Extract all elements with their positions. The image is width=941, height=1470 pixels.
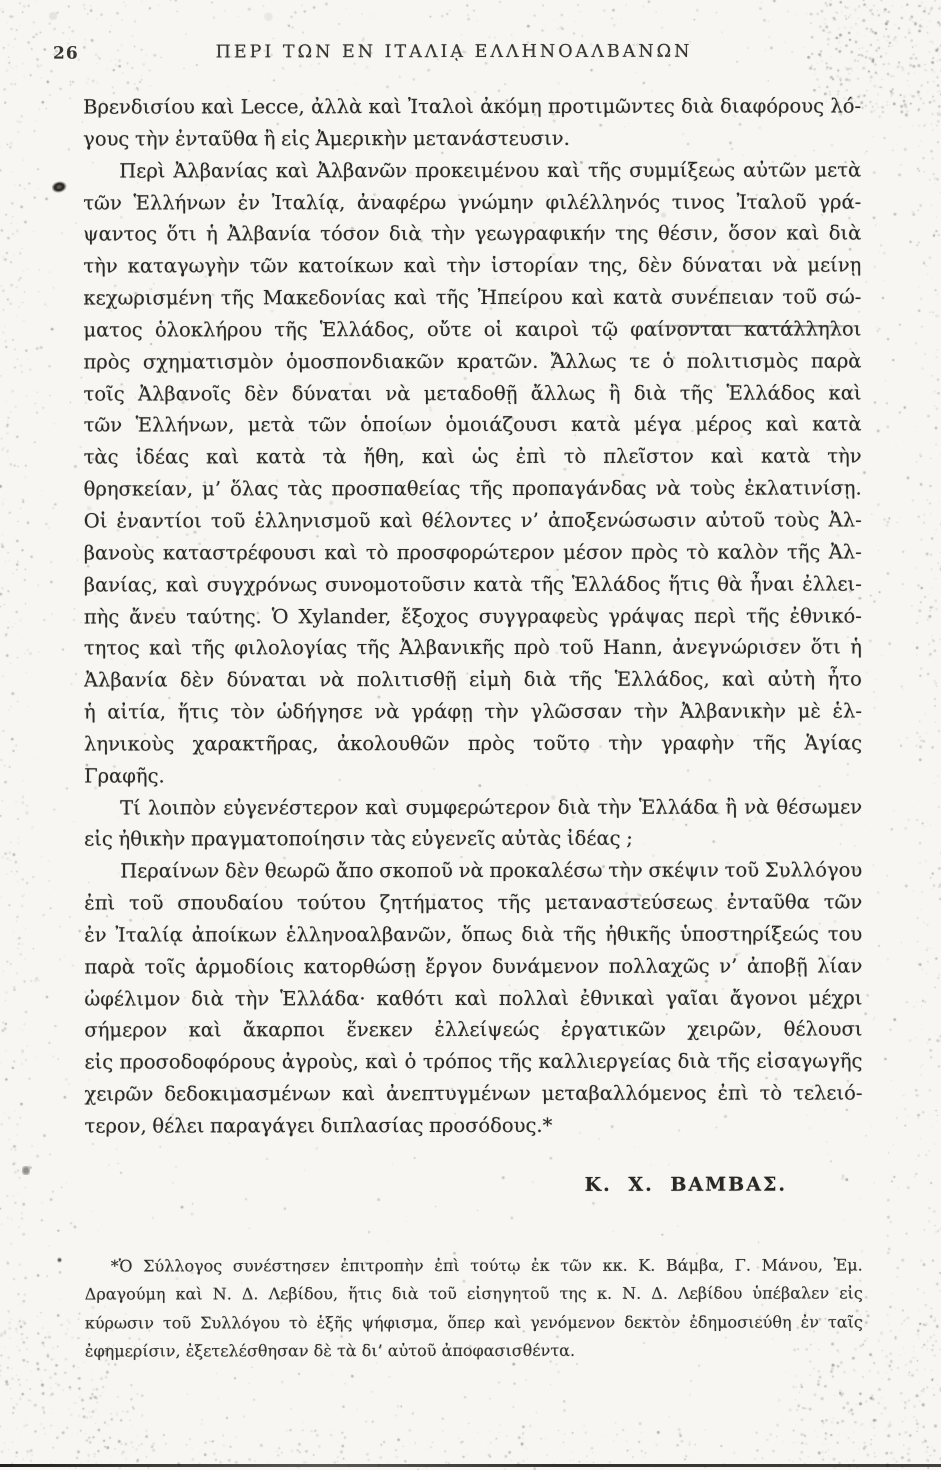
page-header: 26 ΠΕΡΙ ΤΩΝ ΕΝ ΙΤΑΛΙᾼ ΕΛΛΗΝΟΑΛΒΑΝΩΝ xyxy=(83,41,861,66)
footnote-line: *Ὁ Σύλλογος συνέστησεν ἐπιτροπὴν ἐπὶ τού… xyxy=(85,1251,863,1280)
dot-artifact xyxy=(57,1257,62,1263)
footnote-block: *Ὁ Σύλλογος συνέστησεν ἐπιτροπὴν ἐπὶ τού… xyxy=(85,1251,863,1366)
author-signature: Κ. Χ. ΒΑΜΒΑΣ. xyxy=(585,1174,787,1196)
body-line: ματος ὁλοκλήρου τῆς Ἑλλάδος, οὔτε οἱ και… xyxy=(83,313,861,346)
body-text: Βρενδισίου καὶ Lecce, ἀλλὰ καὶ Ἰταλοὶ ἀκ… xyxy=(83,90,862,1142)
body-line: ὠφέλιμον διὰ τὴν Ἑλλάδα· καθότι καὶ πολλ… xyxy=(84,982,862,1015)
body-line: Περὶ Ἀλβανίας καὶ Ἀλβανῶν προκειμένου κα… xyxy=(83,154,861,187)
body-line: παρὰ τοῖς ἁρμοδίοις κατορθώσῃ ἔργον δυνά… xyxy=(84,950,862,983)
body-line: θρησκείαν, μ’ ὅλας τὰς προσπαθείας τῆς π… xyxy=(84,473,862,506)
body-line: Βρενδισίου καὶ Lecce, ἀλλὰ καὶ Ἰταλοὶ ἀκ… xyxy=(83,90,861,123)
body-line: ἡ αἰτία, ἥτις τὸν ὡδήγησε νὰ γράφῃ τὴν γ… xyxy=(84,695,862,728)
footnote-line: ἐφημερίσιν, ἐξετελέσθησαν δὲ τὰ δι’ αὐτο… xyxy=(85,1337,863,1366)
body-line: κεχωρισμένη τῆς Μακεδονίας καὶ τῆς Ἠπείρ… xyxy=(83,282,861,315)
body-line: τῶν Ἑλλήνων ἐν Ἰταλίᾳ, ἀναφέρω γνώμην φι… xyxy=(83,186,861,219)
footnote-line: κύρωσιν τοῦ Συλλόγου τὸ ἑξῆς ψήφισμα, ὅπ… xyxy=(85,1308,863,1337)
body-line: Ἀλβανία δὲν δύναται νὰ πολιτισθῇ εἰμὴ δι… xyxy=(84,664,862,697)
body-line: ἐπὶ τοῦ σπουδαίου τούτου ζητήματος τῆς μ… xyxy=(84,887,862,920)
paragraph: Βρενδισίου καὶ Lecce, ἀλλὰ καὶ Ἰταλοὶ ἀκ… xyxy=(83,90,861,155)
body-line: πρὸς σχηματισμὸν ὁμοσπονδιακῶν κρατῶν. Ἄ… xyxy=(83,345,861,378)
body-line: Γραφῆς. xyxy=(84,759,862,792)
body-line: ληνικοὺς χαρακτῆρας, ἀκολουθῶν πρὸς τοῦτ… xyxy=(84,727,862,760)
body-line: τῶν Ἑλλήνων, μετὰ τῶν ὁποίων ὁμοιάζουσι … xyxy=(84,409,862,442)
body-line: γους τὴν ἐνταῦθα ἢ εἰς Ἀμερικὴν μετανάστ… xyxy=(83,122,861,155)
body-line: εἰς ἠθικὴν πραγματοποίησιν τὰς εὐγενεῖς … xyxy=(84,823,862,856)
body-line: εἰς προσοδοφόρους ἀγροὺς, καὶ ὁ τρόπος τ… xyxy=(84,1046,862,1079)
body-line: πὴς ἄνευ ταύτης. Ὁ Xylander, ἔξοχος συγγ… xyxy=(84,600,862,633)
body-line: τὰς ἰδέας καὶ κατὰ τὰ ἤθη, καὶ ὡς ἐπὶ τὸ… xyxy=(84,441,862,474)
body-line: βανοὺς καταστρέφουσι καὶ τὸ προσφορώτερο… xyxy=(84,536,862,569)
body-line: τὴν καταγωγὴν τῶν κατοίκων καὶ τὴν ἱστορ… xyxy=(83,250,861,283)
paragraph: Περὶ Ἀλβανίας καὶ Ἀλβανῶν προκειμένου κα… xyxy=(83,154,862,792)
body-line: χειρῶν δεδοκιμασμένων καὶ ἀνεπτυγμένων μ… xyxy=(84,1078,862,1111)
body-line: Περαίνων δὲν θεωρῶ ἄπο σκοποῦ νὰ προκαλέ… xyxy=(84,855,862,888)
body-line: τητος καὶ τῆς φιλολογίας τῆς Ἀλβανικῆς π… xyxy=(84,632,862,665)
body-line: Οἱ ἐναντίοι τοῦ ἑλληνισμοῦ καὶ θέλοντες … xyxy=(84,504,862,537)
scanned-book-page: 26 ΠΕΡΙ ΤΩΝ ΕΝ ΙΤΑΛΙᾼ ΕΛΛΗΝΟΑΛΒΑΝΩΝ Βρεν… xyxy=(0,0,941,1470)
scan-edge-line xyxy=(0,1464,941,1467)
body-line: ἐν Ἰταλίᾳ ἀποίκων ἑλληνοαλβανῶν, ὅπως δι… xyxy=(84,918,862,951)
running-title: ΠΕΡΙ ΤΩΝ ΕΝ ΙΤΑΛΙᾼ ΕΛΛΗΝΟΑΛΒΑΝΩΝ xyxy=(65,41,843,62)
body-line: βανίας, καὶ συγχρόνως συνομοτοῦσιν κατὰ … xyxy=(84,568,862,601)
body-line: σήμερον καὶ ἄκαρποι ἕνεκεν ἐλλείψεώς ἐργ… xyxy=(84,1014,862,1047)
text-layer: 26 ΠΕΡΙ ΤΩΝ ΕΝ ΙΤΑΛΙᾼ ΕΛΛΗΝΟΑΛΒΑΝΩΝ Βρεν… xyxy=(0,0,941,1470)
paragraph: Τί λοιπὸν εὐγενέστερον καὶ συμφερώτερον … xyxy=(84,791,862,856)
body-line: τοῖς Ἀλβανοῖς δὲν δύναται νὰ μεταδοθῇ ἄλ… xyxy=(84,377,862,410)
body-line: Τί λοιπὸν εὐγενέστερον καὶ συμφερώτερον … xyxy=(84,791,862,824)
body-line: ψαντος ὅτι ἡ Ἀλβανία τόσον διὰ τὴν γεωγρ… xyxy=(83,218,861,251)
margin-mark-artifact xyxy=(22,1166,30,1175)
paragraph: Περαίνων δὲν θεωρῶ ἄπο σκοποῦ νὰ προκαλέ… xyxy=(84,855,862,1143)
body-line: τερον, θέλει παραγάγει διπλασίας προσόδο… xyxy=(85,1109,863,1142)
footnote-line: Δραγούμη καὶ Ν. Δ. Λεβίδου, ἥτις διὰ τοῦ… xyxy=(85,1280,863,1309)
